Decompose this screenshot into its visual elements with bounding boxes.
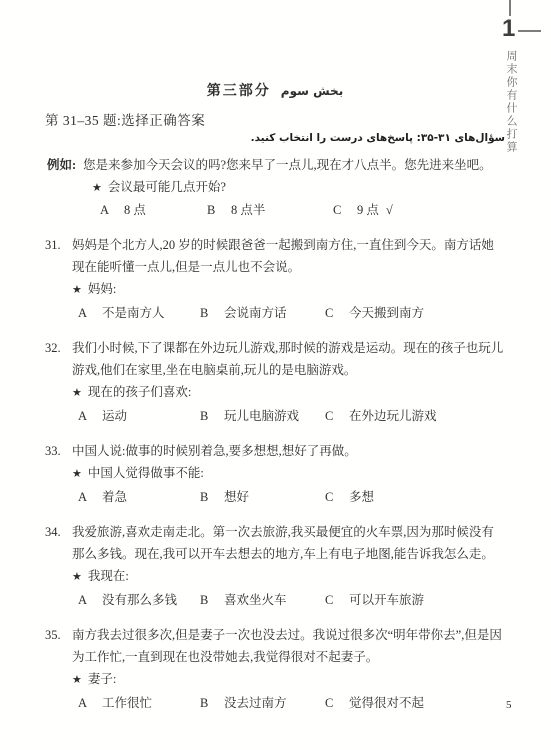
star-icon: ★ [72,387,82,399]
option-c: C 多想 [325,486,374,508]
option-b: B 玩儿电脑游戏 [200,405,325,427]
question-options: A 不是南方人 B 会说南方话 C 今天搬到南方 [45,302,505,324]
option-text: 喜欢坐火车 [224,589,287,611]
question-prompt: ★我现在: [45,565,505,588]
instruction-persian: سؤال‌های ۳۱-۳۵: پاسخ‌های درست را انتخاب … [45,132,505,144]
question-prompt: ★妻子: [45,668,505,691]
example-passage: 例如: 您是来参加今天会议的吗?您来早了一点儿,现在才八点半。您先进来坐吧。 [45,155,505,176]
page-content: 第三部分بخش سوم 第 31–35 题:选择正确答案 سؤال‌های ۳۱… [45,0,505,714]
option-b: B 想好 [200,486,325,508]
question-32: 32. 我们小时候,下了课都在外边玩儿游戏,那时候的游戏是运动。现在的孩子也玩儿… [45,337,505,427]
textbook-page: 1 周末你有什么打算 5 第三部分بخش سوم 第 31–35 题:选择正确答… [0,0,551,750]
option-b: B 8 点半 [207,200,333,221]
option-a: A 工作很忙 [78,692,200,714]
question-number: 34. [45,521,61,543]
question-prompt-text: 妻子: [88,672,116,686]
question-prompt-text: 现在的孩子们喜欢: [88,385,191,399]
option-letter: B [200,692,224,714]
option-letter: C [325,692,349,714]
star-icon: ★ [92,182,102,194]
question-35: 35. 南方我去过很多次,但是妻子一次也没去过。我说过很多次“明年带你去”,但是… [45,624,505,714]
star-icon: ★ [72,284,82,296]
question-prompt-text: 我现在: [88,569,129,583]
example-prompt: ★会议最可能几点开始? [45,177,505,199]
question-options: A 运动 B 玩儿电脑游戏 C 在外边玩儿游戏 [45,405,505,427]
option-letter: A [78,589,102,611]
question-passage-text: 我们小时候,下了课都在外边玩儿游戏,那时候的游戏是运动。现在的孩子也玩儿游戏,他… [72,341,503,377]
question-number: 35. [45,624,61,646]
question-prompt-text: 妈妈: [88,282,116,296]
option-letter: A [78,486,102,508]
option-b: B 喜欢坐火车 [200,589,325,611]
option-text: 8 点 [124,200,146,221]
option-text: 没有那么多钱 [102,589,177,611]
question-number: 33. [45,440,61,462]
option-a: A 没有那么多钱 [78,589,200,611]
star-icon: ★ [72,571,82,583]
option-a: A 着急 [78,486,200,508]
question-passage: 33. 中国人说:做事的时候别着急,要多想想,想好了再做。 [45,440,505,462]
example-passage-text: 您是来参加今天会议的吗?您来早了一点儿,现在才八点半。您先进来坐吧。 [83,158,492,172]
option-letter: B [200,589,224,611]
option-letter: C [325,589,349,611]
sidebar-tick-line [509,0,511,16]
option-text: 不是南方人 [102,302,165,324]
option-b: B 会说南方话 [200,302,325,324]
option-text: 觉得很对不起 [349,692,424,714]
question-passage: 34. 我爱旅游,喜欢走南走北。第一次去旅游,我买最便宜的火车票,因为那时候没有… [45,521,505,565]
question-prompt-text: 中国人觉得做事不能: [88,466,204,480]
part-title: 第三部分بخش سوم [45,80,505,100]
option-a: A 8 点 [100,200,207,221]
question-number: 31. [45,234,61,256]
option-text: 可以开车旅游 [349,589,424,611]
question-passage: 32. 我们小时候,下了课都在外边玩儿游戏,那时候的游戏是运动。现在的孩子也玩儿… [45,337,505,381]
question-prompt: ★妈妈: [45,278,505,301]
option-c: C 在外边玩儿游戏 [325,405,437,427]
example-block: 例如: 您是来参加今天会议的吗?您来早了一点儿,现在才八点半。您先进来坐吧。 ★… [45,155,505,221]
question-prompt: ★现在的孩子们喜欢: [45,381,505,404]
lesson-title-vertical: 周末你有什么打算 [503,50,519,154]
question-34: 34. 我爱旅游,喜欢走南走北。第一次去旅游,我买最便宜的火车票,因为那时候没有… [45,521,505,611]
option-text: 想好 [224,486,249,508]
option-text: 没去过南方 [224,692,287,714]
checkmark-icon: √ [386,200,393,221]
part-title-zh: 第三部分 [207,84,271,99]
option-letter: C [333,200,357,221]
example-prompt-text: 会议最可能几点开始? [108,180,226,194]
option-letter: A [78,302,102,324]
question-options: A 工作很忙 B 没去过南方 C 觉得很对不起 [45,692,505,714]
option-text: 玩儿电脑游戏 [224,405,299,427]
sidebar-dash-line [518,30,541,32]
option-letter: A [100,200,124,221]
question-passage-text: 妈妈是个北方人,20 岁的时候跟爸爸一起搬到南方住,一直住到今天。南方话她现在能… [72,238,494,274]
option-c: C 今天搬到南方 [325,302,424,324]
option-letter: B [200,486,224,508]
option-text: 工作很忙 [102,692,152,714]
question-31: 31. 妈妈是个北方人,20 岁的时候跟爸爸一起搬到南方住,一直住到今天。南方话… [45,234,505,324]
option-letter: A [78,692,102,714]
option-letter: C [325,302,349,324]
star-icon: ★ [72,468,82,480]
question-options: A 没有那么多钱 B 喜欢坐火车 C 可以开车旅游 [45,589,505,611]
option-text: 8 点半 [231,200,265,221]
question-passage-text: 中国人说:做事的时候别着急,要多想想,想好了再做。 [72,444,357,458]
option-letter: C [325,486,349,508]
question-number: 32. [45,337,61,359]
option-text: 着急 [102,486,127,508]
option-a: A 不是南方人 [78,302,200,324]
question-passage-text: 我爱旅游,喜欢走南走北。第一次去旅游,我买最便宜的火车票,因为那时候没有那么多钱… [72,525,494,561]
option-c: C 9 点 √ [333,200,393,221]
option-text: 运动 [102,405,127,427]
option-a: A 运动 [78,405,200,427]
example-label: 例如: [47,155,76,176]
option-text: 今天搬到南方 [349,302,424,324]
section-title: 第 31–35 题:选择正确答案 [45,109,505,129]
option-text: 9 点 [357,200,379,221]
option-b: B 没去过南方 [200,692,325,714]
option-text: 会说南方话 [224,302,287,324]
option-letter: B [200,302,224,324]
option-letter: B [200,405,224,427]
part-title-fa: بخش سوم [281,84,343,98]
question-options: A 着急 B 想好 C 多想 [45,486,505,508]
option-c: C 觉得很对不起 [325,692,424,714]
page-number: 5 [506,699,512,711]
option-letter: C [325,405,349,427]
option-text: 在外边玩儿游戏 [349,405,437,427]
question-33: 33. 中国人说:做事的时候别着急,要多想想,想好了再做。 ★中国人觉得做事不能… [45,440,505,508]
option-text: 多想 [349,486,374,508]
question-passage-text: 南方我去过很多次,但是妻子一次也没去过。我说过很多次“明年带你去”,但是因为工作… [72,628,502,664]
option-letter: A [78,405,102,427]
example-options: A 8 点 B 8 点半 C 9 点 √ [45,200,505,221]
question-passage: 35. 南方我去过很多次,但是妻子一次也没去过。我说过很多次“明年带你去”,但是… [45,624,505,668]
option-c: C 可以开车旅游 [325,589,424,611]
option-letter: B [207,200,231,221]
question-prompt: ★中国人觉得做事不能: [45,462,505,485]
star-icon: ★ [72,674,82,686]
question-passage: 31. 妈妈是个北方人,20 岁的时候跟爸爸一起搬到南方住,一直住到今天。南方话… [45,234,505,278]
